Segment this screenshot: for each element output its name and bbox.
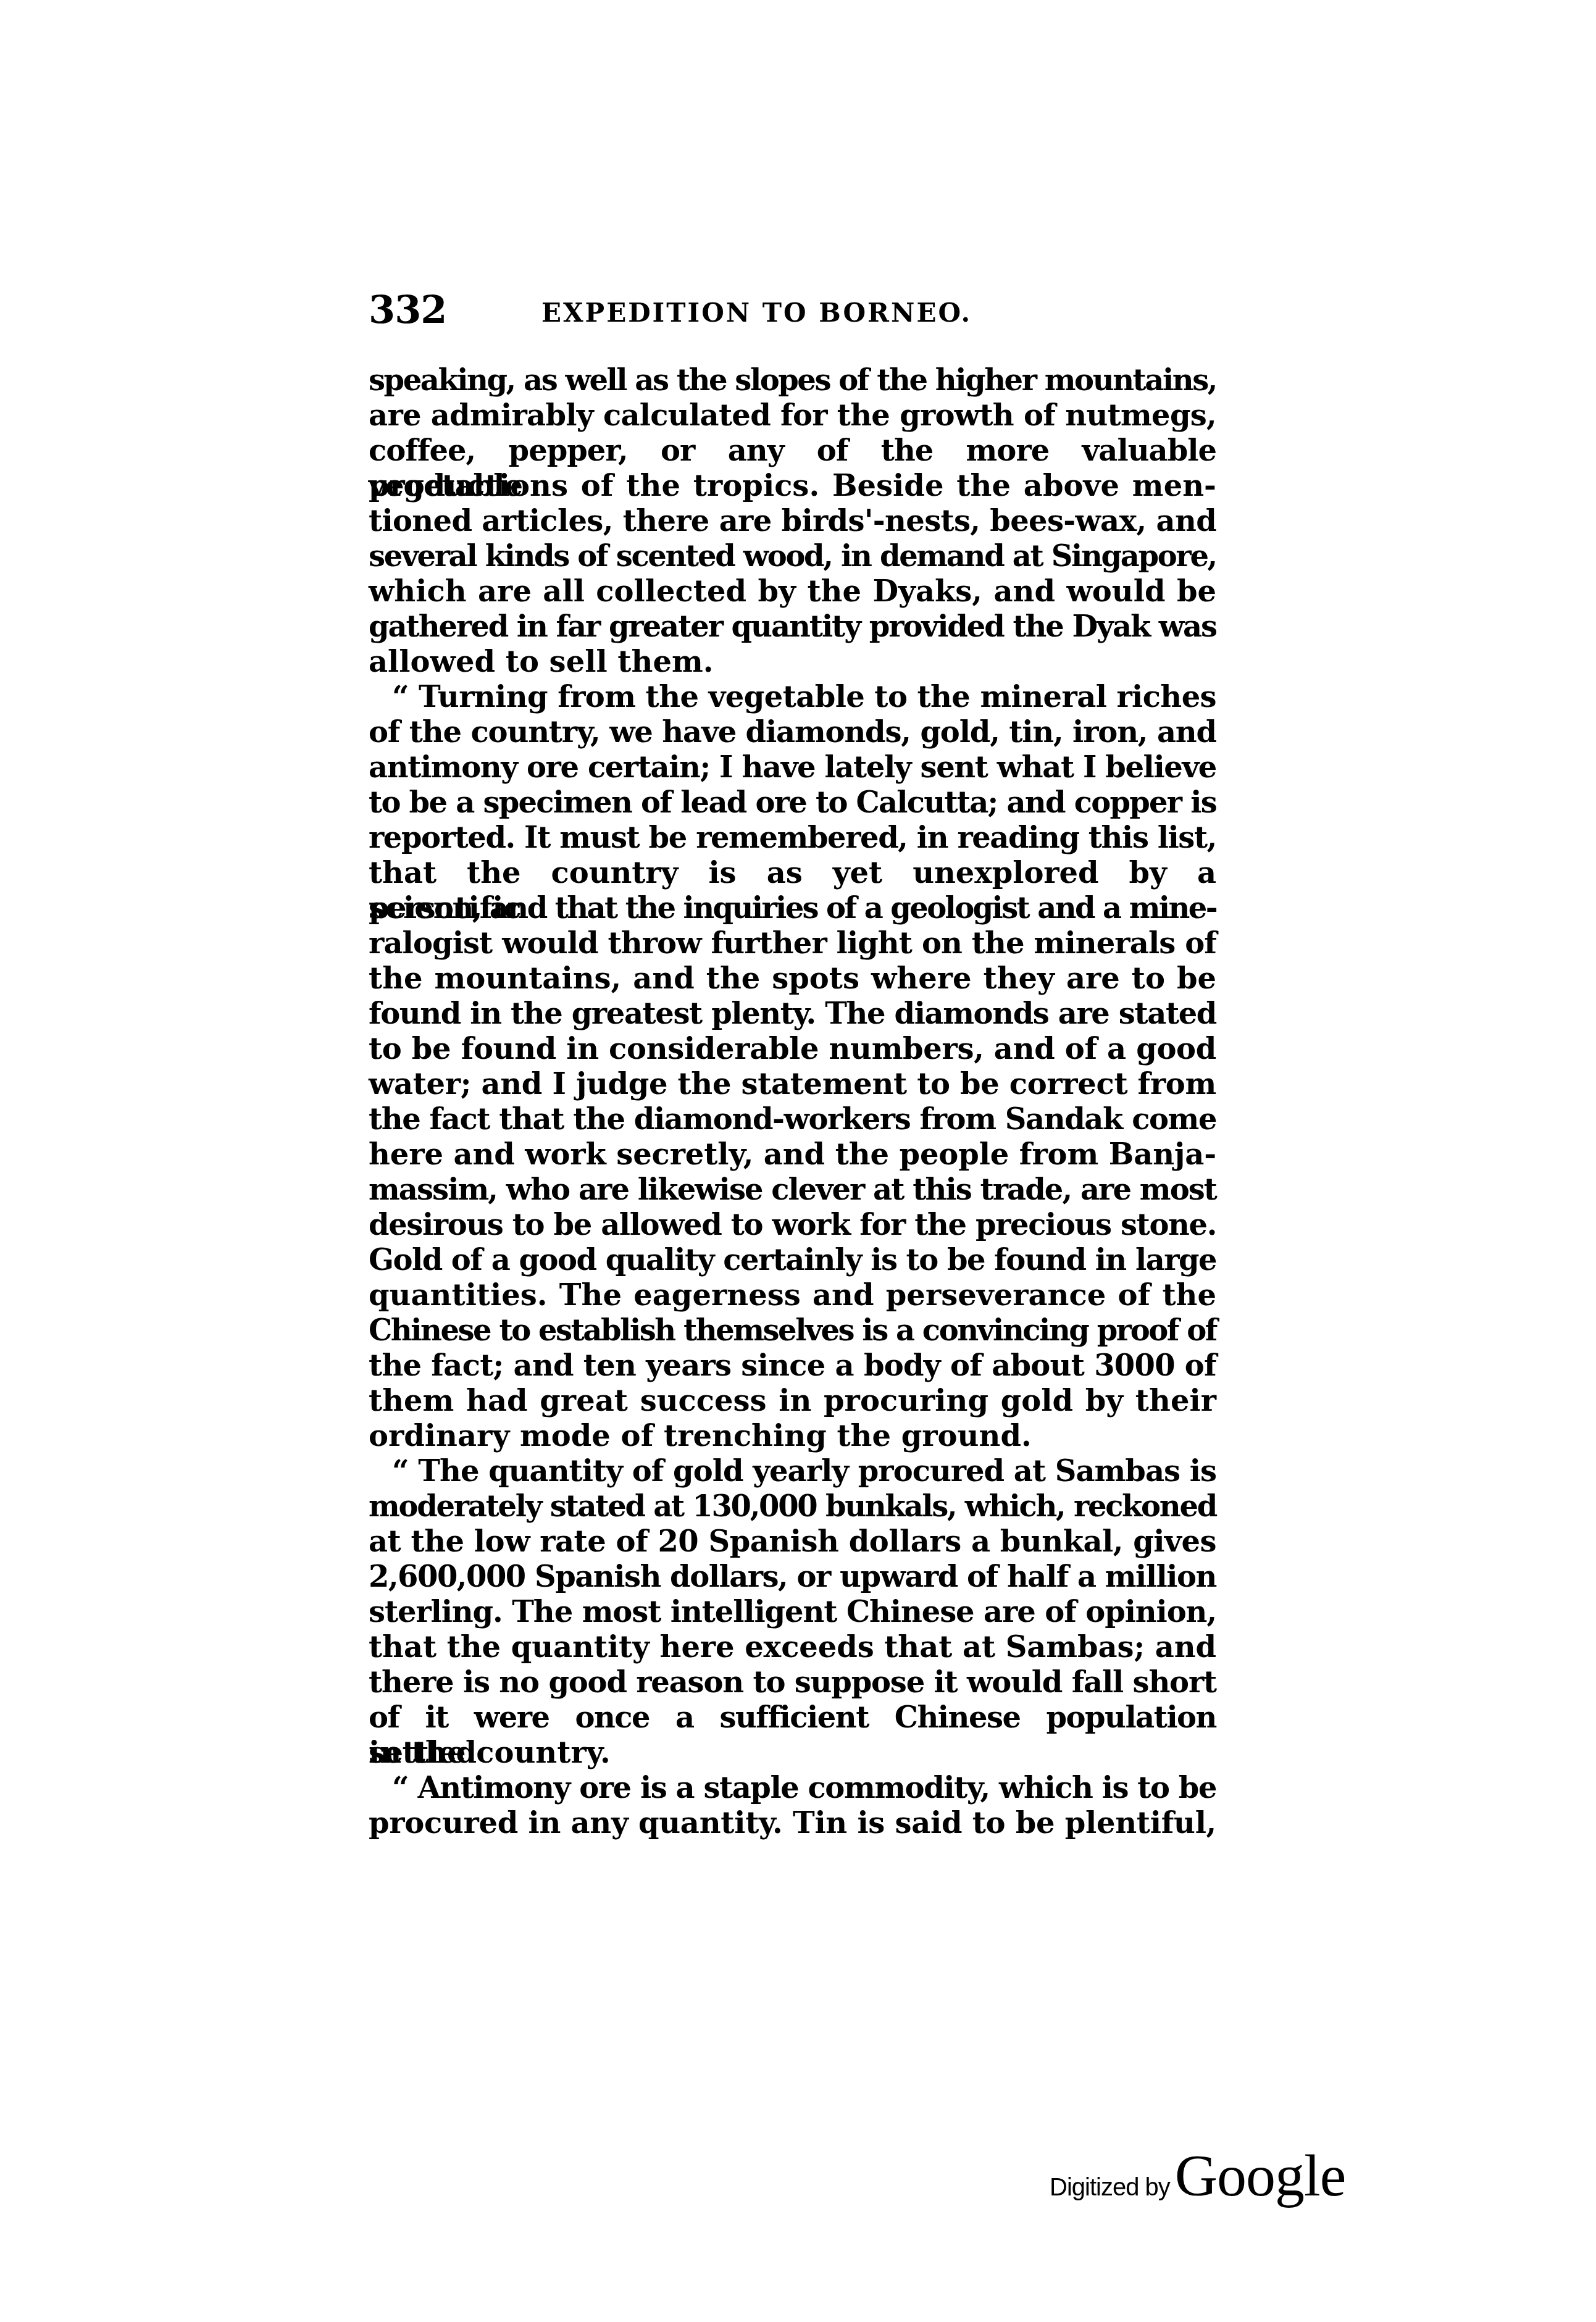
text-line: massim, who are likewise clever at this … [369,1172,1216,1208]
text-line: tioned articles, there are birds'-nests,… [369,504,1216,539]
body-text: speaking, as well as the slopes of the h… [369,363,1216,1841]
text-line: Chinese to establish themselves is a con… [369,1313,1216,1348]
text-line: found in the greatest plenty. The diamon… [369,996,1216,1032]
text-line: moderately stated at 130,000 bunkals, wh… [369,1489,1216,1524]
text-line: “ Antimony ore is a staple commodity, wh… [369,1771,1216,1806]
paragraph: “ Turning from the vegetable to the mine… [369,680,1216,1454]
text-line: water; and I judge the statement to be c… [369,1067,1216,1102]
text-line: of the country, we have diamonds, gold, … [369,715,1216,750]
text-line: Gold of a good quality certainly is to b… [369,1243,1216,1278]
text-line: person, and that the inquiries of a geol… [369,891,1216,926]
text-line: the fact; and ten years since a body of … [369,1348,1216,1384]
text-line: them had great success in procuring gold… [369,1384,1216,1419]
text-line: of it were once a sufficient Chinese pop… [369,1700,1216,1735]
paragraph: “ The quantity of gold yearly procured a… [369,1454,1216,1771]
text-line: the mountains, and the spots where they … [369,961,1216,996]
paragraph: speaking, as well as the slopes of the h… [369,363,1216,680]
text-line: ralogist would throw further light on th… [369,926,1216,961]
text-line: sterling. The most intelligent Chinese a… [369,1595,1216,1630]
text-line: here and work secretly, and the people f… [369,1137,1216,1172]
text-line: “ Turning from the vegetable to the mine… [369,680,1216,715]
text-line: procured in any quantity. Tin is said to… [369,1806,1216,1841]
text-line: that the quantity here exceeds that at S… [369,1630,1216,1665]
text-line: antimony ore certain; I have lately sent… [369,750,1216,785]
text-line: to be found in considerable numbers, and… [369,1032,1216,1067]
text-line: there is no good reason to suppose it wo… [369,1665,1216,1700]
text-line: quantities. The eagerness and perseveran… [369,1278,1216,1313]
text-line: speaking, as well as the slopes of the h… [369,363,1216,398]
text-line: “ The quantity of gold yearly procured a… [369,1454,1216,1489]
text-line: 2,600,000 Spanish dollars, or upward of … [369,1560,1216,1595]
text-line: in the country. [369,1735,1216,1771]
text-line: at the low rate of 20 Spanish dollars a … [369,1524,1216,1560]
text-line: to be a specimen of lead ore to Calcutta… [369,785,1216,821]
book-page: 332 EXPEDITION TO BORNEO. speaking, as w… [0,0,1596,2322]
text-line: coffee, pepper, or any of the more valua… [369,433,1216,469]
paragraph: “ Antimony ore is a staple commodity, wh… [369,1771,1216,1841]
text-line: reported. It must be remembered, in read… [369,821,1216,856]
text-line: several kinds of scented wood, in demand… [369,539,1216,574]
running-head: EXPEDITION TO BORNEO. [541,291,972,335]
text-line: which are all collected by the Dyaks, an… [369,574,1216,609]
text-line: are admirably calculated for the growth … [369,398,1216,433]
text-line: that the country is as yet unexplored by… [369,856,1216,891]
text-line: desirous to be allowed to work for the p… [369,1208,1216,1243]
digitized-label: Digitized by [1050,2174,1170,2202]
page-number: 332 [369,285,446,335]
text-line: gathered in far greater quantity provide… [369,609,1216,645]
text-line: ordinary mode of trenching the ground. [369,1419,1216,1454]
text-line: allowed to sell them. [369,645,1216,680]
digitized-by-google-watermark: Digitized by Google [1050,2141,1345,2203]
text-line: the fact that the diamond-workers from S… [369,1102,1216,1137]
text-line: productions of the tropics. Beside the a… [369,469,1216,504]
page-header: 332 EXPEDITION TO BORNEO. [369,285,1216,335]
google-logo: Google [1175,2141,1346,2210]
